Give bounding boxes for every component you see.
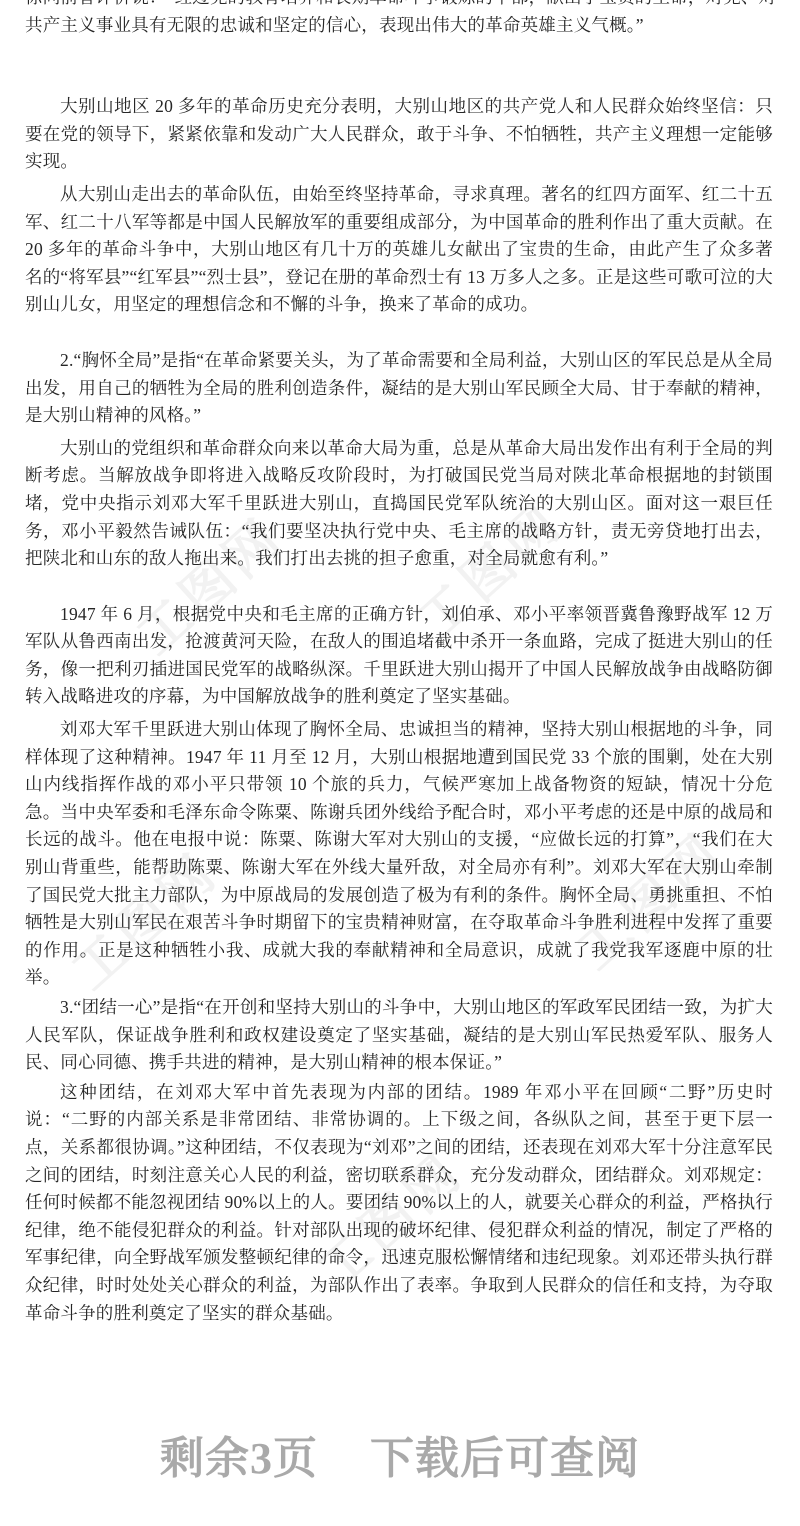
remaining-pages-label: 剩余3页 — [160, 1434, 318, 1483]
paragraph: 大别山的党组织和革命群众向来以革命大局为重，总是从革命大局出发作出有利于全局的判… — [25, 435, 773, 573]
paragraph: 刘邓大军千里跃进大别山体现了胸怀全局、忠诚担当的精神，坚持大别山根据地的斗争，同… — [25, 716, 773, 992]
paragraph: 1947 年 6 月，根据党中央和毛主席的正确方针，刘伯承、邓小平率领晋冀鲁豫野… — [25, 601, 773, 711]
paragraph: 从大别山走出去的革命队伍，由始至终坚持革命，寻求真理。著名的红四方面军、红二十五… — [25, 181, 773, 319]
paragraph-continuation: 共产主义事业具有无限的忠诚和坚定的信心，表现出伟大的革命英雄主义气概。” — [25, 12, 773, 40]
paragraph-section-3-heading: 3.“团结一心”是指“在开创和坚持大别山的斗争中，大别山地区的军政军民团结一致，… — [25, 994, 773, 1077]
document-text-block: 徐向前曾评价说：“经过党的教育培养和长期革命斗争锻炼的干部，献出了宝贵的生命，对… — [25, 0, 773, 1327]
paragraph-continuation-clipped: 徐向前曾评价说：“经过党的教育培养和长期革命斗争锻炼的干部，献出了宝贵的生命，对… — [25, 0, 773, 12]
document-page: 工图网 工图网 工图网 工图网 工图网 徐向前曾评价说：“经过党的教育培养和长期… — [0, 0, 800, 1526]
download-hint-label: 下载后可查阅 — [370, 1434, 640, 1483]
remaining-pages-banner: 剩余3页下载后可查阅 — [0, 1422, 800, 1486]
paragraph: 这种团结，在刘邓大军中首先表现为内部的团结。1989 年邓小平在回顾“二野”历史… — [25, 1079, 773, 1327]
paragraph: 大别山地区 20 多年的革命历史充分表明，大别山地区的共产党人和人民群众始终坚信… — [25, 93, 773, 176]
paragraph-section-2-heading: 2.“胸怀全局”是指“在革命紧要关头，为了革命需要和全局利益，大别山区的军民总是… — [25, 347, 773, 430]
